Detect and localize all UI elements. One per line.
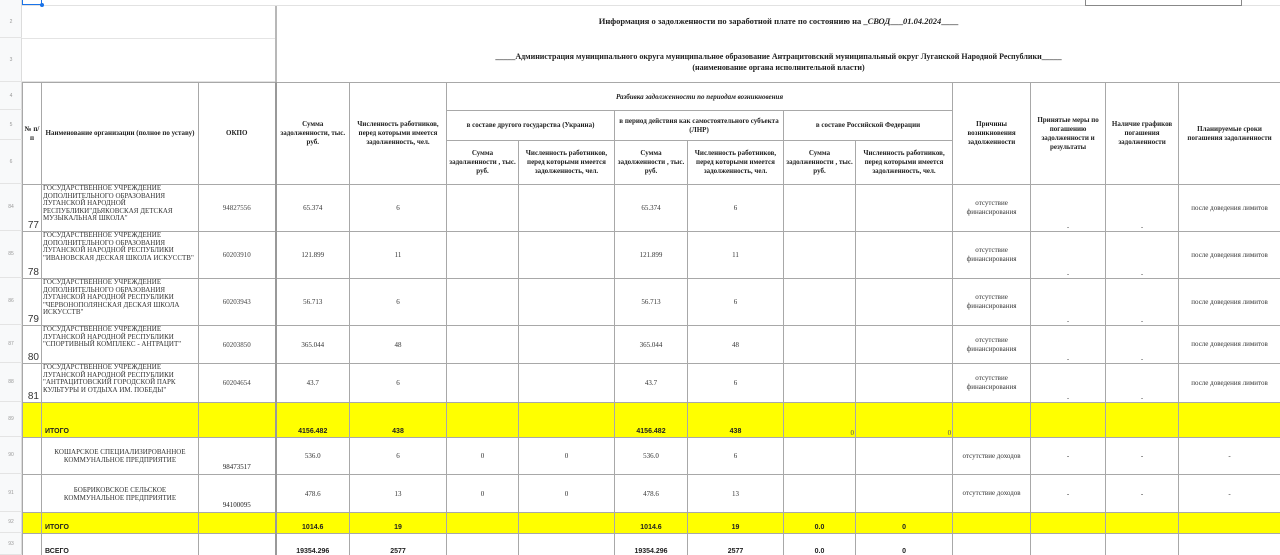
subtotal-lnr-count[interactable]: 438 <box>688 403 784 438</box>
org-name[interactable]: ГОСУДАРСТВЕННОЕ УЧРЕЖДЕНИЕ ДОПОЛНИТЕЛЬНО… <box>42 279 199 326</box>
row-num-cell[interactable]: 79 <box>23 279 42 326</box>
cell[interactable] <box>1106 403 1179 438</box>
row-num-cell[interactable]: 77 <box>23 185 42 232</box>
subtotal-count[interactable]: 19 <box>350 513 447 534</box>
report-title-area: Информация о задолженности по заработной… <box>275 6 1280 82</box>
okpo[interactable]: 94100095 <box>199 475 276 513</box>
header-sum[interactable]: Сумма задолженности, тыс. руб. <box>276 83 350 185</box>
row-number[interactable]: 4 <box>0 82 22 110</box>
org-name[interactable]: БОБРИКОВСКОЕ СЕЛЬСКОЕ КОММУНАЛЬНОЕ ПРЕДП… <box>42 475 199 513</box>
gridline <box>22 38 275 39</box>
worker-count[interactable]: 13 <box>350 475 447 513</box>
okpo[interactable]: 60203910 <box>199 232 276 279</box>
cell[interactable] <box>199 513 276 534</box>
row-number[interactable]: 89 <box>0 402 22 437</box>
header-ua-count[interactable]: Численность работников, перед которыми и… <box>519 141 615 185</box>
rf-sum[interactable] <box>784 364 856 403</box>
header-rf-count[interactable]: Численность работников, перед которыми и… <box>856 141 953 185</box>
reason[interactable]: отсутствие финансирования <box>953 364 1031 403</box>
cell[interactable] <box>23 513 42 534</box>
ua-sum[interactable] <box>447 364 519 403</box>
ua-sum[interactable] <box>447 279 519 326</box>
rf-count[interactable] <box>856 364 953 403</box>
row-num: 80 <box>28 352 39 363</box>
cell[interactable] <box>199 534 276 555</box>
cell[interactable] <box>1031 513 1106 534</box>
okpo[interactable]: 94827556 <box>199 185 276 232</box>
row-num: 77 <box>28 220 39 231</box>
rf-count[interactable] <box>856 185 953 232</box>
cell[interactable] <box>519 403 615 438</box>
worker-count[interactable]: 6 <box>350 185 447 232</box>
terms[interactable]: после доведения лимитов <box>1179 279 1280 326</box>
rf-count[interactable] <box>856 232 953 279</box>
org-name[interactable]: ГОСУДАРСТВЕННОЕ УЧРЕЖДЕНИЕ ЛУГАНСКОЙ НАР… <box>42 364 199 403</box>
measures[interactable]: - <box>1031 475 1106 513</box>
grand-total-rf-count[interactable]: 0 <box>856 534 953 555</box>
reason[interactable]: отсутствие доходов <box>953 475 1031 513</box>
ua-sum[interactable] <box>447 185 519 232</box>
cell[interactable] <box>447 513 519 534</box>
schedules[interactable]: - <box>1106 279 1179 326</box>
cell[interactable] <box>447 403 519 438</box>
ua-count[interactable]: 0 <box>519 438 615 475</box>
subtotal-lnr-sum[interactable]: 4156.482 <box>615 403 688 438</box>
worker-count[interactable]: 11 <box>350 232 447 279</box>
cell[interactable] <box>1179 403 1280 438</box>
ua-count[interactable] <box>519 279 615 326</box>
organization-caption: (наименование органа исполнительной влас… <box>277 62 1280 73</box>
debt-sum[interactable]: 121.899 <box>276 232 350 279</box>
reason[interactable]: отсутствие финансирования <box>953 185 1031 232</box>
rf-count[interactable] <box>856 475 953 513</box>
terms[interactable]: после доведения лимитов <box>1179 185 1280 232</box>
row-number[interactable]: 5 <box>0 110 22 140</box>
lnr-count[interactable]: 6 <box>688 279 784 326</box>
worker-count[interactable]: 6 <box>350 364 447 403</box>
terms[interactable]: - <box>1179 438 1280 475</box>
subtotal-row-1: ИТОГО 4156.482 438 4156.482 438 0 0 <box>23 403 1280 438</box>
worker-count[interactable]: 48 <box>350 326 447 364</box>
ua-count[interactable] <box>519 326 615 364</box>
lnr-count[interactable]: 6 <box>688 185 784 232</box>
ua-sum[interactable] <box>447 232 519 279</box>
debt-sum[interactable]: 478.6 <box>276 475 350 513</box>
organization-heading: _____Администрация муниципального округа… <box>277 51 1280 73</box>
grand-total-lnr-count[interactable]: 2577 <box>688 534 784 555</box>
ua-sum[interactable] <box>447 326 519 364</box>
header-period-ukraine[interactable]: в составе другого государства (Украина) <box>447 111 615 141</box>
row-number[interactable]: 85 <box>0 231 22 278</box>
header-name[interactable]: Наименование организации (полное по уста… <box>42 83 199 185</box>
lnr-sum[interactable]: 56.713 <box>615 279 688 326</box>
ua-count[interactable] <box>519 232 615 279</box>
org-name[interactable]: ГОСУДАРСТВЕННОЕ УЧРЕЖДЕНИЕ ДОПОЛНИТЕЛЬНО… <box>42 232 199 279</box>
lnr-sum[interactable]: 121.899 <box>615 232 688 279</box>
debt-sum[interactable]: 43.7 <box>276 364 350 403</box>
measures[interactable]: - <box>1031 326 1106 364</box>
subtotal-lnr-sum[interactable]: 1014.6 <box>615 513 688 534</box>
reason[interactable]: отсутствие финансирования <box>953 279 1031 326</box>
ua-count[interactable] <box>519 364 615 403</box>
cell[interactable] <box>1179 534 1280 555</box>
lnr-sum[interactable]: 536.0 <box>615 438 688 475</box>
cell[interactable] <box>1106 534 1179 555</box>
schedules[interactable]: - <box>1106 185 1179 232</box>
header-row-1: № п/п Наименование организации (полное п… <box>23 83 1280 111</box>
grand-total-label[interactable]: ВСЕГО <box>42 534 199 555</box>
schedules[interactable]: - <box>1106 364 1179 403</box>
header-num[interactable]: № п/п <box>23 83 42 185</box>
header-measures[interactable]: Принятые меры по погашению задолженности… <box>1031 83 1106 185</box>
debt-sum[interactable]: 65.374 <box>276 185 350 232</box>
row-number[interactable]: 91 <box>0 474 22 512</box>
reason[interactable]: отсутствие доходов <box>953 438 1031 475</box>
terms[interactable]: - <box>1179 475 1280 513</box>
grand-total-rf-sum[interactable]: 0.0 <box>784 534 856 555</box>
row-num-cell[interactable]: 81 <box>23 364 42 403</box>
subtotal-sum[interactable]: 1014.6 <box>276 513 350 534</box>
lnr-sum[interactable]: 365.044 <box>615 326 688 364</box>
measures[interactable]: - <box>1031 232 1106 279</box>
header-reasons[interactable]: Причины возникновения задолженности <box>953 83 1031 185</box>
okpo[interactable]: 98473517 <box>199 438 276 475</box>
subtotal-rf-count[interactable]: 0 <box>856 403 953 438</box>
worker-count[interactable]: 6 <box>350 438 447 475</box>
rf-count[interactable] <box>856 279 953 326</box>
ua-count[interactable] <box>519 185 615 232</box>
row-header-gutter: 2 3 4 5 6 84 85 86 87 88 89 90 91 92 93 <box>0 0 22 555</box>
table-row: 81ГОСУДАРСТВЕННОЕ УЧРЕЖДЕНИЕ ЛУГАНСКОЙ Н… <box>23 364 1280 403</box>
table-row: 80ГОСУДАРСТВЕННОЕ УЧРЕЖДЕНИЕ ЛУГАНСКОЙ Н… <box>23 326 1280 364</box>
header-count[interactable]: Численность работников, перед которыми и… <box>350 83 447 185</box>
debt-sum[interactable]: 365.044 <box>276 326 350 364</box>
table-row: 77ГОСУДАРСТВЕННОЕ УЧРЕЖДЕНИЕ ДОПОЛНИТЕЛЬ… <box>23 185 1280 232</box>
row-number[interactable]: 87 <box>0 325 22 363</box>
cell[interactable] <box>1106 513 1179 534</box>
okpo[interactable]: 60203850 <box>199 326 276 364</box>
row-number[interactable]: 2 <box>0 6 22 38</box>
measures[interactable]: - <box>1031 364 1106 403</box>
rf-count[interactable] <box>856 326 953 364</box>
row-number[interactable]: 93 <box>0 533 22 555</box>
header-ua-sum[interactable]: Сумма задолженности , тыс. руб. <box>447 141 519 185</box>
rf-count[interactable] <box>856 438 953 475</box>
org-name[interactable]: КОШАРСКОЕ СПЕЦИАЛИЗИРОВАННОЕ КОММУНАЛЬНО… <box>42 438 199 475</box>
measures[interactable]: - <box>1031 185 1106 232</box>
ua-sum[interactable]: 0 <box>447 438 519 475</box>
row-number[interactable]: 84 <box>0 184 22 231</box>
selected-cell[interactable] <box>22 0 42 5</box>
row-number[interactable]: 3 <box>0 38 22 82</box>
lnr-count[interactable]: 6 <box>688 364 784 403</box>
schedules[interactable]: - <box>1106 438 1179 475</box>
grand-total-count[interactable]: 2577 <box>350 534 447 555</box>
grand-total-lnr-sum[interactable]: 19354.296 <box>615 534 688 555</box>
cell[interactable] <box>519 534 615 555</box>
cell[interactable] <box>519 513 615 534</box>
rf-sum[interactable] <box>784 185 856 232</box>
org-name[interactable]: ГОСУДАРСТВЕННОЕ УЧРЕЖДЕНИЕ ЛУГАНСКОЙ НАР… <box>42 326 199 364</box>
row-num-cell[interactable]: 78 <box>23 232 42 279</box>
header-lnr-count[interactable]: Численность работников, перед которыми и… <box>688 141 784 185</box>
table-row: 79ГОСУДАРСТВЕННОЕ УЧРЕЖДЕНИЕ ДОПОЛНИТЕЛЬ… <box>23 279 1280 326</box>
subtotal-lnr-count[interactable]: 19 <box>688 513 784 534</box>
subtotal-count[interactable]: 438 <box>350 403 447 438</box>
lnr-count[interactable]: 13 <box>688 475 784 513</box>
row-num: 78 <box>28 267 39 278</box>
row-num-cell[interactable] <box>23 438 42 475</box>
terms[interactable]: после доведения лимитов <box>1179 326 1280 364</box>
grand-total-sum[interactable]: 19354.296 <box>276 534 350 555</box>
header-okpo[interactable]: ОКПО <box>199 83 276 185</box>
cell[interactable] <box>1031 403 1106 438</box>
subtotal-label[interactable]: ИТОГО <box>42 513 199 534</box>
schedules[interactable]: - <box>1106 475 1179 513</box>
subtotal-sum[interactable]: 4156.482 <box>276 403 350 438</box>
okpo[interactable]: 60204654 <box>199 364 276 403</box>
row-num-cell[interactable] <box>23 475 42 513</box>
row-num: 81 <box>28 391 39 402</box>
header-period-lnr[interactable]: в период действия как самостоятельного с… <box>615 111 784 141</box>
cell[interactable] <box>23 403 42 438</box>
rf-sum[interactable] <box>784 326 856 364</box>
rf-sum[interactable] <box>784 279 856 326</box>
rf-sum[interactable] <box>784 475 856 513</box>
lnr-sum[interactable]: 65.374 <box>615 185 688 232</box>
row-number[interactable]: 88 <box>0 363 22 402</box>
blank-cells <box>22 6 275 82</box>
measures[interactable]: - <box>1031 279 1106 326</box>
subtotal-rf-sum[interactable]: 0.0 <box>784 513 856 534</box>
report-title: Информация о задолженности по заработной… <box>277 16 1280 26</box>
okpo[interactable]: 60203943 <box>199 279 276 326</box>
debt-table: № п/п Наименование организации (полное п… <box>22 82 1280 555</box>
header-breakdown[interactable]: Разбивка задолженности по периодам возни… <box>447 83 953 111</box>
row-number[interactable]: 92 <box>0 512 22 533</box>
schedules[interactable]: - <box>1106 326 1179 364</box>
cell[interactable] <box>953 513 1031 534</box>
header-schedules[interactable]: Наличие графиков погашения задолженности <box>1106 83 1179 185</box>
reason[interactable]: отсутствие финансирования <box>953 326 1031 364</box>
row-num-cell[interactable]: 80 <box>23 326 42 364</box>
ua-count[interactable]: 0 <box>519 475 615 513</box>
subtotal-row-2: ИТОГО 1014.6 19 1014.6 19 0.0 0 <box>23 513 1280 534</box>
rf-sum[interactable] <box>784 232 856 279</box>
subtotal-label[interactable]: ИТОГО <box>42 403 199 438</box>
lnr-sum[interactable]: 478.6 <box>615 475 688 513</box>
cell[interactable] <box>199 403 276 438</box>
header-lnr-sum[interactable]: Сумма задолженности , тыс. руб. <box>615 141 688 185</box>
measures[interactable]: - <box>1031 438 1106 475</box>
schedules[interactable]: - <box>1106 232 1179 279</box>
organization-name: _____Администрация муниципального округа… <box>277 51 1280 62</box>
table-row: БОБРИКОВСКОЕ СЕЛЬСКОЕ КОММУНАЛЬНОЕ ПРЕДП… <box>23 475 1280 513</box>
rf-sum[interactable] <box>784 438 856 475</box>
cell[interactable] <box>953 403 1031 438</box>
row-number[interactable]: 90 <box>0 437 22 474</box>
lnr-sum[interactable]: 43.7 <box>615 364 688 403</box>
lnr-count[interactable]: 11 <box>688 232 784 279</box>
debt-sum[interactable]: 56.713 <box>276 279 350 326</box>
header-period-rf[interactable]: в составе Российской Федерации <box>784 111 953 141</box>
row-number[interactable]: 6 <box>0 140 22 184</box>
reason[interactable]: отсутствие финансирования <box>953 232 1031 279</box>
terms[interactable]: после доведения лимитов <box>1179 232 1280 279</box>
terms[interactable]: после доведения лимитов <box>1179 364 1280 403</box>
cell[interactable] <box>1179 513 1280 534</box>
row-number[interactable]: 86 <box>0 278 22 325</box>
worker-count[interactable]: 6 <box>350 279 447 326</box>
header-rf-sum[interactable]: Сумма задолженности , тыс. руб. <box>784 141 856 185</box>
org-name[interactable]: ГОСУДАРСТВЕННОЕ УЧРЕЖДЕНИЕ ДОПОЛНИТЕЛЬНО… <box>42 185 199 232</box>
cell[interactable] <box>447 534 519 555</box>
cell[interactable] <box>23 534 42 555</box>
row-num: 79 <box>28 314 39 325</box>
cell[interactable] <box>953 534 1031 555</box>
table-row: КОШАРСКОЕ СПЕЦИАЛИЗИРОВАННОЕ КОММУНАЛЬНО… <box>23 438 1280 475</box>
grand-total-row: ВСЕГО 19354.296 2577 19354.296 2577 0.0 … <box>23 534 1280 555</box>
debt-sum[interactable]: 536.0 <box>276 438 350 475</box>
lnr-count[interactable]: 48 <box>688 326 784 364</box>
cell[interactable] <box>1031 534 1106 555</box>
table-row: 78ГОСУДАРСТВЕННОЕ УЧРЕЖДЕНИЕ ДОПОЛНИТЕЛЬ… <box>23 232 1280 279</box>
header-terms[interactable]: Планируемые сроки погашения задолженност… <box>1179 83 1280 185</box>
ua-sum[interactable]: 0 <box>447 475 519 513</box>
subtotal-rf-count[interactable]: 0 <box>856 513 953 534</box>
lnr-count[interactable]: 6 <box>688 438 784 475</box>
subtotal-rf-sum[interactable]: 0 <box>784 403 856 438</box>
